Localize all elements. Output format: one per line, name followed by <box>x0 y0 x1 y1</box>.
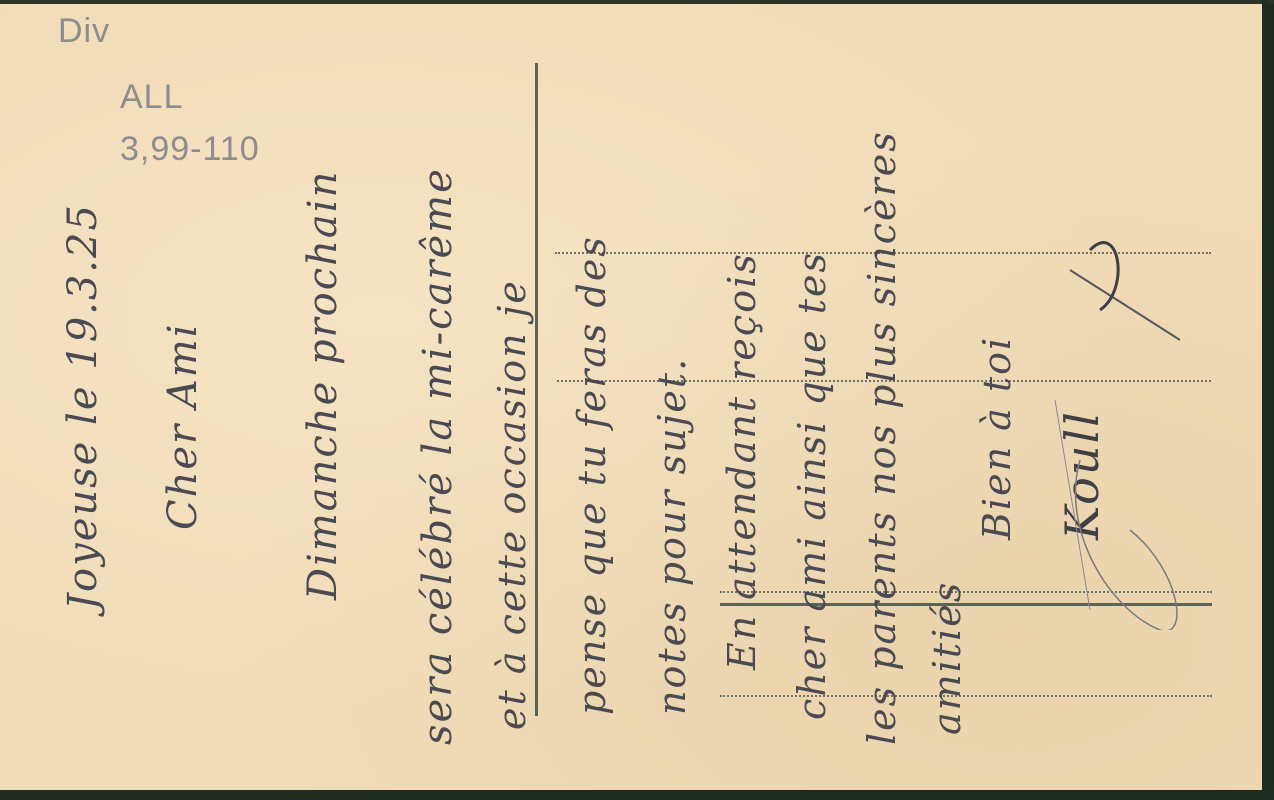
scan-edge-right <box>1262 0 1268 800</box>
handwritten-line-3: Dimanche prochain <box>300 170 346 600</box>
postcard-back: Div ALL 3,99-110 Joyeuse le 19.3.25 Cher… <box>0 0 1268 795</box>
handwritten-line-greeting: Cher Ami <box>160 323 206 530</box>
handwritten-line-11: amitiés <box>925 581 969 735</box>
handwritten-closing: Bien à toi <box>975 336 1019 540</box>
handwritten-line-9: cher ami ainsi que tes <box>790 251 834 720</box>
handwritten-line-7: notes pour sujet. <box>650 357 694 715</box>
pencil-note-div: Div <box>58 12 110 51</box>
pencil-note-all: ALL <box>120 78 184 117</box>
handwritten-line-4: sera célébré la mi-carême <box>415 167 461 745</box>
pencil-note-price: 3,99-110 <box>120 130 260 169</box>
scan-edge-top <box>0 0 1274 4</box>
scan-edge-bottom <box>0 790 1274 795</box>
handwritten-line-8: En attendant reçois <box>720 252 764 670</box>
handwritten-line-10: les parents nos plus sincères <box>860 130 904 745</box>
signature-flourish <box>1050 230 1200 630</box>
handwritten-line-5: et à cette occasion je <box>490 279 534 730</box>
divider-vertical-line <box>535 63 538 716</box>
handwritten-line-6: pense que tu feras des <box>570 235 614 715</box>
handwritten-line-date: Joyeuse le 19.3.25 <box>60 203 106 610</box>
